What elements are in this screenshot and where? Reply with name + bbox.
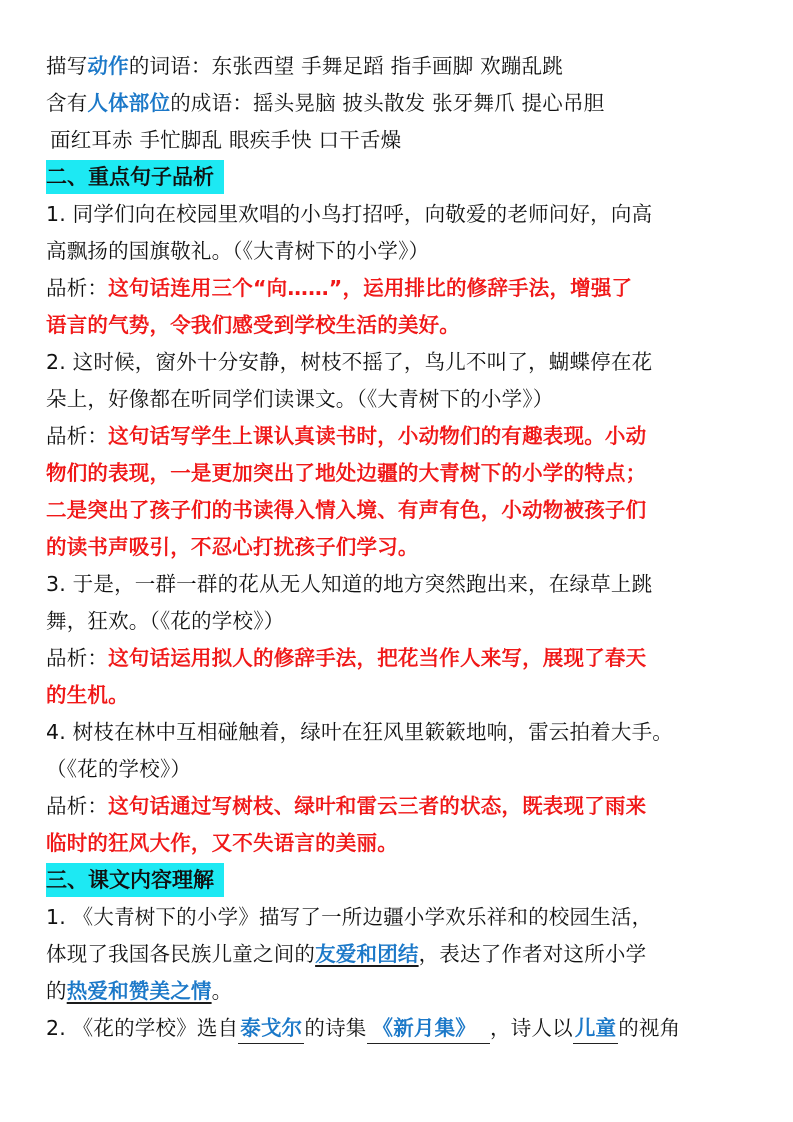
analysis-text: 这句话运用拟人的修辞手法，把花当作人来写，展现了春天 (108, 646, 646, 670)
sentence-line: 舞，狂欢。（《花的学校》） (46, 603, 752, 640)
sentence-line: 朵上，好像都在听同学们读课文。（《大青树下的小学》） (46, 381, 752, 418)
vocab-action-words: 东张西望 手舞足蹈 指手画脚 欢蹦乱跳 (212, 54, 563, 78)
content-line: 2. 《花的学校》选自泰戈尔的诗集《新月集》，诗人以儿童的视角 (46, 1010, 752, 1047)
vocab-body-keyword: 人体部位 (87, 91, 170, 115)
analysis-line: 品析：这句话写学生上课认真读书时，小动物们的有趣表现。小动 (46, 418, 752, 455)
answer-love-praise: 热爱和赞美之情 (67, 979, 212, 1003)
analysis-line: 品析：这句话通过写树枝、绿叶和雷云三者的状态，既表现了雨来 (46, 788, 752, 825)
section2-item-3: 3. 于是，一群一群的花从无人知道的地方突然跑出来，在绿草上跳 舞，狂欢。（《花… (46, 566, 752, 714)
analysis-text: 这句话连用三个“向……”，运用排比的修辞手法，增强了 (108, 276, 632, 300)
sentence-line: 2. 这时候，窗外十分安静，树枝不摇了，鸟儿不叫了，蝴蝶停在花 (46, 344, 752, 381)
analysis-text: 这句话写学生上课认真读书时，小动物们的有趣表现。小动 (108, 424, 646, 448)
analysis-text: 的生机。 (46, 677, 752, 714)
section3-heading-row: 三、课文内容理解 (46, 862, 752, 899)
content-text: ，表达了作者对这所小学 (419, 942, 647, 966)
vocab-body-prefix: 含有 (46, 91, 87, 115)
section3-heading: 三、课文内容理解 (46, 863, 224, 897)
content-text: 体现了我国各民族儿童之间的 (46, 942, 315, 966)
sentence-line: 4. 树枝在林中互相碰触着，绿叶在狂风里簌簌地响，雷云拍着大手。 (46, 714, 752, 751)
content-line: 体现了我国各民族儿童之间的友爱和团结，表达了作者对这所小学 (46, 936, 752, 973)
document-page: 描写动作的词语：东张西望 手舞足蹈 指手画脚 欢蹦乱跳 含有人体部位的成语：摇头… (46, 48, 752, 1047)
analysis-label: 品析： (46, 794, 108, 818)
analysis-line: 品析：这句话连用三个“向……”，运用排比的修辞手法，增强了 (46, 270, 752, 307)
analysis-line: 品析：这句话运用拟人的修辞手法，把花当作人来写，展现了春天 (46, 640, 752, 677)
sentence-line: 高飘扬的国旗敬礼。（《大青树下的小学》） (46, 233, 752, 270)
section2-heading: 二、重点句子品析 (46, 160, 224, 194)
section2-heading-row: 二、重点句子品析 (46, 159, 752, 196)
vocab-body-parts-continued: 面红耳赤 手忙脚乱 眼疾手快 口干舌燥 (46, 122, 752, 159)
vocab-action-suffix: 的词语： (129, 54, 212, 78)
vocab-action-prefix: 描写 (46, 54, 87, 78)
analysis-text: 物们的表现，一是更加突出了地处边疆的大青树下的小学的特点； (46, 455, 752, 492)
content-text: 2. 《花的学校》选自 (46, 1016, 238, 1040)
content-line: 的热爱和赞美之情。 (46, 973, 752, 1010)
content-text: ，诗人以 (490, 1016, 573, 1040)
analysis-text: 的读书声吸引，不忍心打扰孩子们学习。 (46, 529, 752, 566)
analysis-text: 二是突出了孩子们的书读得入情入境、有声有色，小动物被孩子们 (46, 492, 752, 529)
vocab-body-words: 摇头晃脑 披头散发 张牙舞爪 提心吊胆 (253, 91, 604, 115)
section3-item-1: 1. 《大青树下的小学》描写了一所边疆小学欢乐祥和的校园生活， 体现了我国各民族… (46, 899, 752, 1010)
answer-perspective: 儿童 (573, 1013, 618, 1044)
answer-friendship-unity: 友爱和团结 (315, 942, 419, 966)
vocab-action-keyword: 动作 (87, 54, 128, 78)
content-text: 的视角 (618, 1016, 680, 1040)
analysis-label: 品析： (46, 276, 108, 300)
answer-author: 泰戈尔 (238, 1013, 304, 1044)
content-text: 的 (46, 979, 67, 1003)
content-text: 的诗集 (304, 1016, 366, 1040)
sentence-line: 3. 于是，一群一群的花从无人知道的地方突然跑出来，在绿草上跳 (46, 566, 752, 603)
content-line: 1. 《大青树下的小学》描写了一所边疆小学欢乐祥和的校园生活， (46, 899, 752, 936)
analysis-text: 临时的狂风大作，又不失语言的美丽。 (46, 825, 752, 862)
sentence-line: （《花的学校》） (46, 751, 752, 788)
analysis-text: 语言的气势，令我们感受到学校生活的美好。 (46, 307, 752, 344)
analysis-label: 品析： (46, 646, 108, 670)
answer-collection: 《新月集》 (367, 1013, 491, 1044)
section2-item-1: 1. 同学们向在校园里欢唱的小鸟打招呼，向敬爱的老师问好，向高 高飘扬的国旗敬礼… (46, 196, 752, 344)
analysis-label: 品析： (46, 424, 108, 448)
section2-item-2: 2. 这时候，窗外十分安静，树枝不摇了，鸟儿不叫了，蝴蝶停在花 朵上，好像都在听… (46, 344, 752, 566)
analysis-text: 这句话通过写树枝、绿叶和雷云三者的状态，既表现了雨来 (108, 794, 646, 818)
vocab-action-line: 描写动作的词语：东张西望 手舞足蹈 指手画脚 欢蹦乱跳 (46, 48, 752, 85)
sentence-line: 1. 同学们向在校园里欢唱的小鸟打招呼，向敬爱的老师问好，向高 (46, 196, 752, 233)
vocab-body-parts-line: 含有人体部位的成语：摇头晃脑 披头散发 张牙舞爪 提心吊胆 (46, 85, 752, 122)
vocab-body-suffix: 的成语： (170, 91, 253, 115)
section2-item-4: 4. 树枝在林中互相碰触着，绿叶在狂风里簌簌地响，雷云拍着大手。 （《花的学校》… (46, 714, 752, 862)
content-text: 。 (212, 979, 233, 1003)
section3-item-2: 2. 《花的学校》选自泰戈尔的诗集《新月集》，诗人以儿童的视角 (46, 1010, 752, 1047)
